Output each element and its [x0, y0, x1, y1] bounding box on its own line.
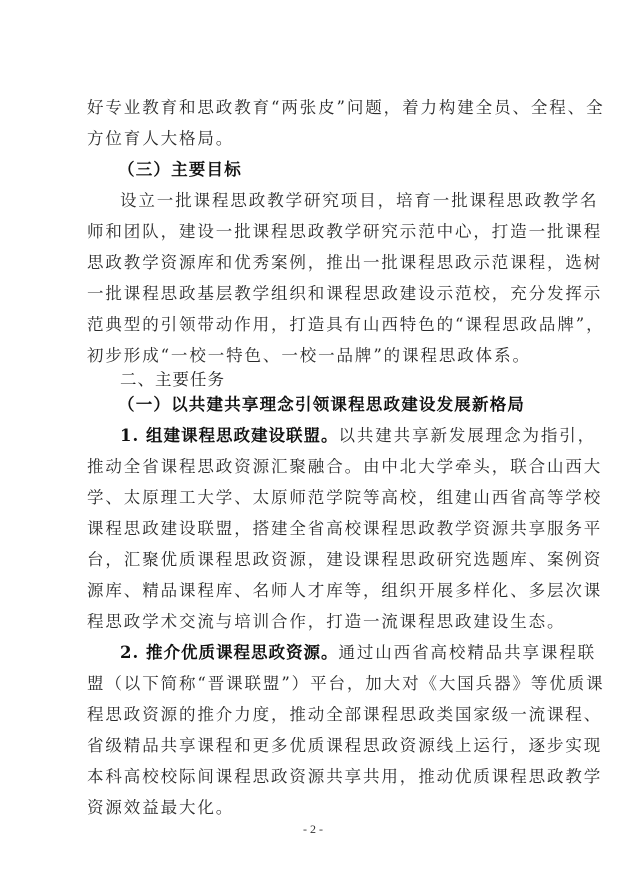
body-text-line: 初步形成“一校一特色、一校一品牌”的课程思政体系。: [87, 344, 547, 368]
document-page: 好专业教育和思政教育“两张皮”问题，着力构建全员、全程、全 方位育人大格局。 （…: [0, 0, 626, 882]
item-text: 通过山西省高校精品共享课程联: [338, 643, 596, 662]
body-text-line: 推动全省课程思政资源汇聚融合。由中北大学牵头，联合山西大: [87, 455, 547, 479]
section-heading-main-tasks: 二、主要任务: [120, 368, 547, 392]
body-text-line: 好专业教育和思政教育“两张皮”问题，着力构建全员、全程、全: [87, 96, 547, 120]
body-text-line: 一批课程思政基层教学组织和课程思政建设示范校，充分发挥示: [87, 282, 547, 306]
item-lead-promote: 2. 推介优质课程思政资源。: [120, 643, 338, 662]
body-text-line: 思政教学资源库和优秀案例，推出一批课程思政示范课程，选树: [87, 251, 547, 275]
body-text-line: 程思政资源的推介力度，推动全部课程思政类国家级一流课程、: [87, 703, 547, 727]
body-text-line: 本科高校校际间课程思政资源共享共用，推动优质课程思政教学: [87, 765, 547, 789]
body-text-line: 资源效益最大化。: [87, 796, 547, 820]
body-text-line: 1. 组建课程思政建设联盟。以共建共享新发展理念为指引，: [120, 424, 547, 448]
body-text-line: 台，汇聚优质课程思政资源，建设课程思政研究选题库、案例资: [87, 548, 547, 572]
body-text-line: 学、太原理工大学、太原师范学院等高校，组建山西省高等学校: [87, 486, 547, 510]
body-text-line: 程思政学术交流与培训合作，打造一流课程思政建设生态。: [87, 610, 547, 634]
item-lead-alliance: 1. 组建课程思政建设联盟。: [120, 426, 338, 445]
body-text-line: 盟（以下简称“晋课联盟”）平台，加大对《大国兵器》等优质课: [87, 672, 547, 696]
body-text-line: 设立一批课程思政教学研究项目，培育一批课程思政教学名: [120, 189, 547, 213]
body-text-line: 方位育人大格局。: [87, 127, 547, 151]
body-text-line: 课程思政建设联盟，搭建全省高校课程思政教学资源共享服务平: [87, 517, 547, 541]
body-text-line: 师和团队，建设一批课程思政教学研究示范中心，打造一批课程: [87, 220, 547, 244]
body-text-line: 省级精品共享课程和更多优质课程思政资源线上运行，逐步实现: [87, 734, 547, 758]
section-heading-main-goals: （三）主要目标: [118, 158, 545, 182]
body-text-line: 源库、精品课程库、名师人才库等，组织开展多样化、多层次课: [87, 579, 547, 603]
item-text: 以共建共享新发展理念为指引，: [338, 426, 596, 445]
page-number: - 2 -: [0, 822, 626, 837]
body-text-line: 2. 推介优质课程思政资源。通过山西省高校精品共享课程联: [120, 641, 547, 665]
subsection-heading-co-build: （一）以共建共享理念引领课程思政建设发展新格局: [118, 393, 545, 417]
body-text-line: 范典型的引领带动作用，打造具有山西特色的“课程思政品牌”，: [87, 313, 547, 337]
